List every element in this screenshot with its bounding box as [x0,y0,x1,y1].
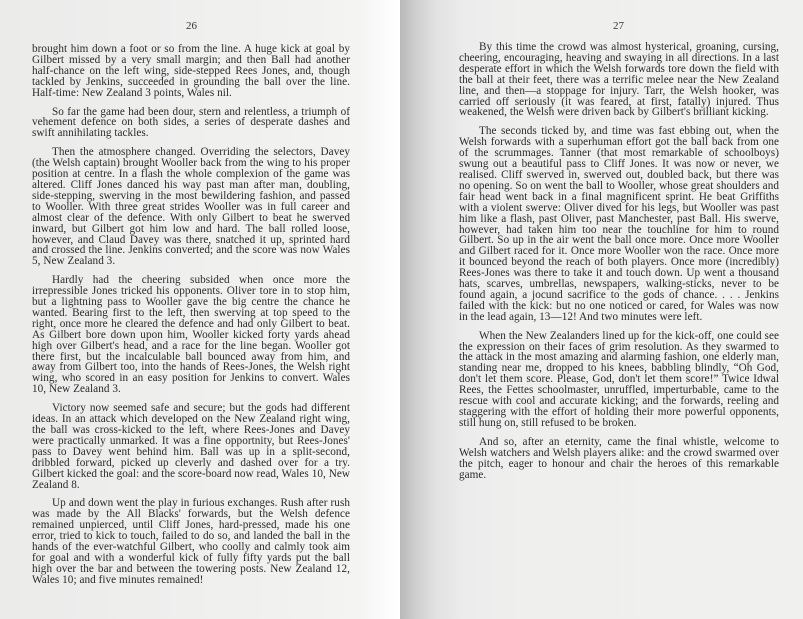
page-number: 26 [186,20,197,32]
left-page: 26 brought him down a foot or so from th… [0,0,400,619]
book-spread: 26 brought him down a foot or so from th… [0,0,803,619]
paragraph: And so, after an eternity, came the fina… [459,437,779,481]
paragraph: Hardly had the cheering subsided when on… [32,275,350,395]
paragraph: brought him down a foot or so from the l… [32,44,350,99]
paragraph: Victory now seemed safe and secure; but … [32,403,350,490]
paragraph: When the New Zealanders lined up for the… [459,331,779,429]
page-body: By this time the crowd was almost hyster… [459,42,779,488]
right-page: 27 By this time the crowd was almost hys… [400,0,803,619]
paragraph: Up and down went the play in furious exc… [32,498,350,585]
paragraph: So far the game had been dour, stern and… [32,107,350,140]
paragraph: Then the atmosphere changed. Overriding … [32,147,350,267]
page-body: brought him down a foot or so from the l… [32,44,350,594]
page-number: 27 [613,20,624,32]
paragraph: The seconds ticked by, and time was fast… [459,126,779,322]
paragraph: By this time the crowd was almost hyster… [459,42,779,118]
